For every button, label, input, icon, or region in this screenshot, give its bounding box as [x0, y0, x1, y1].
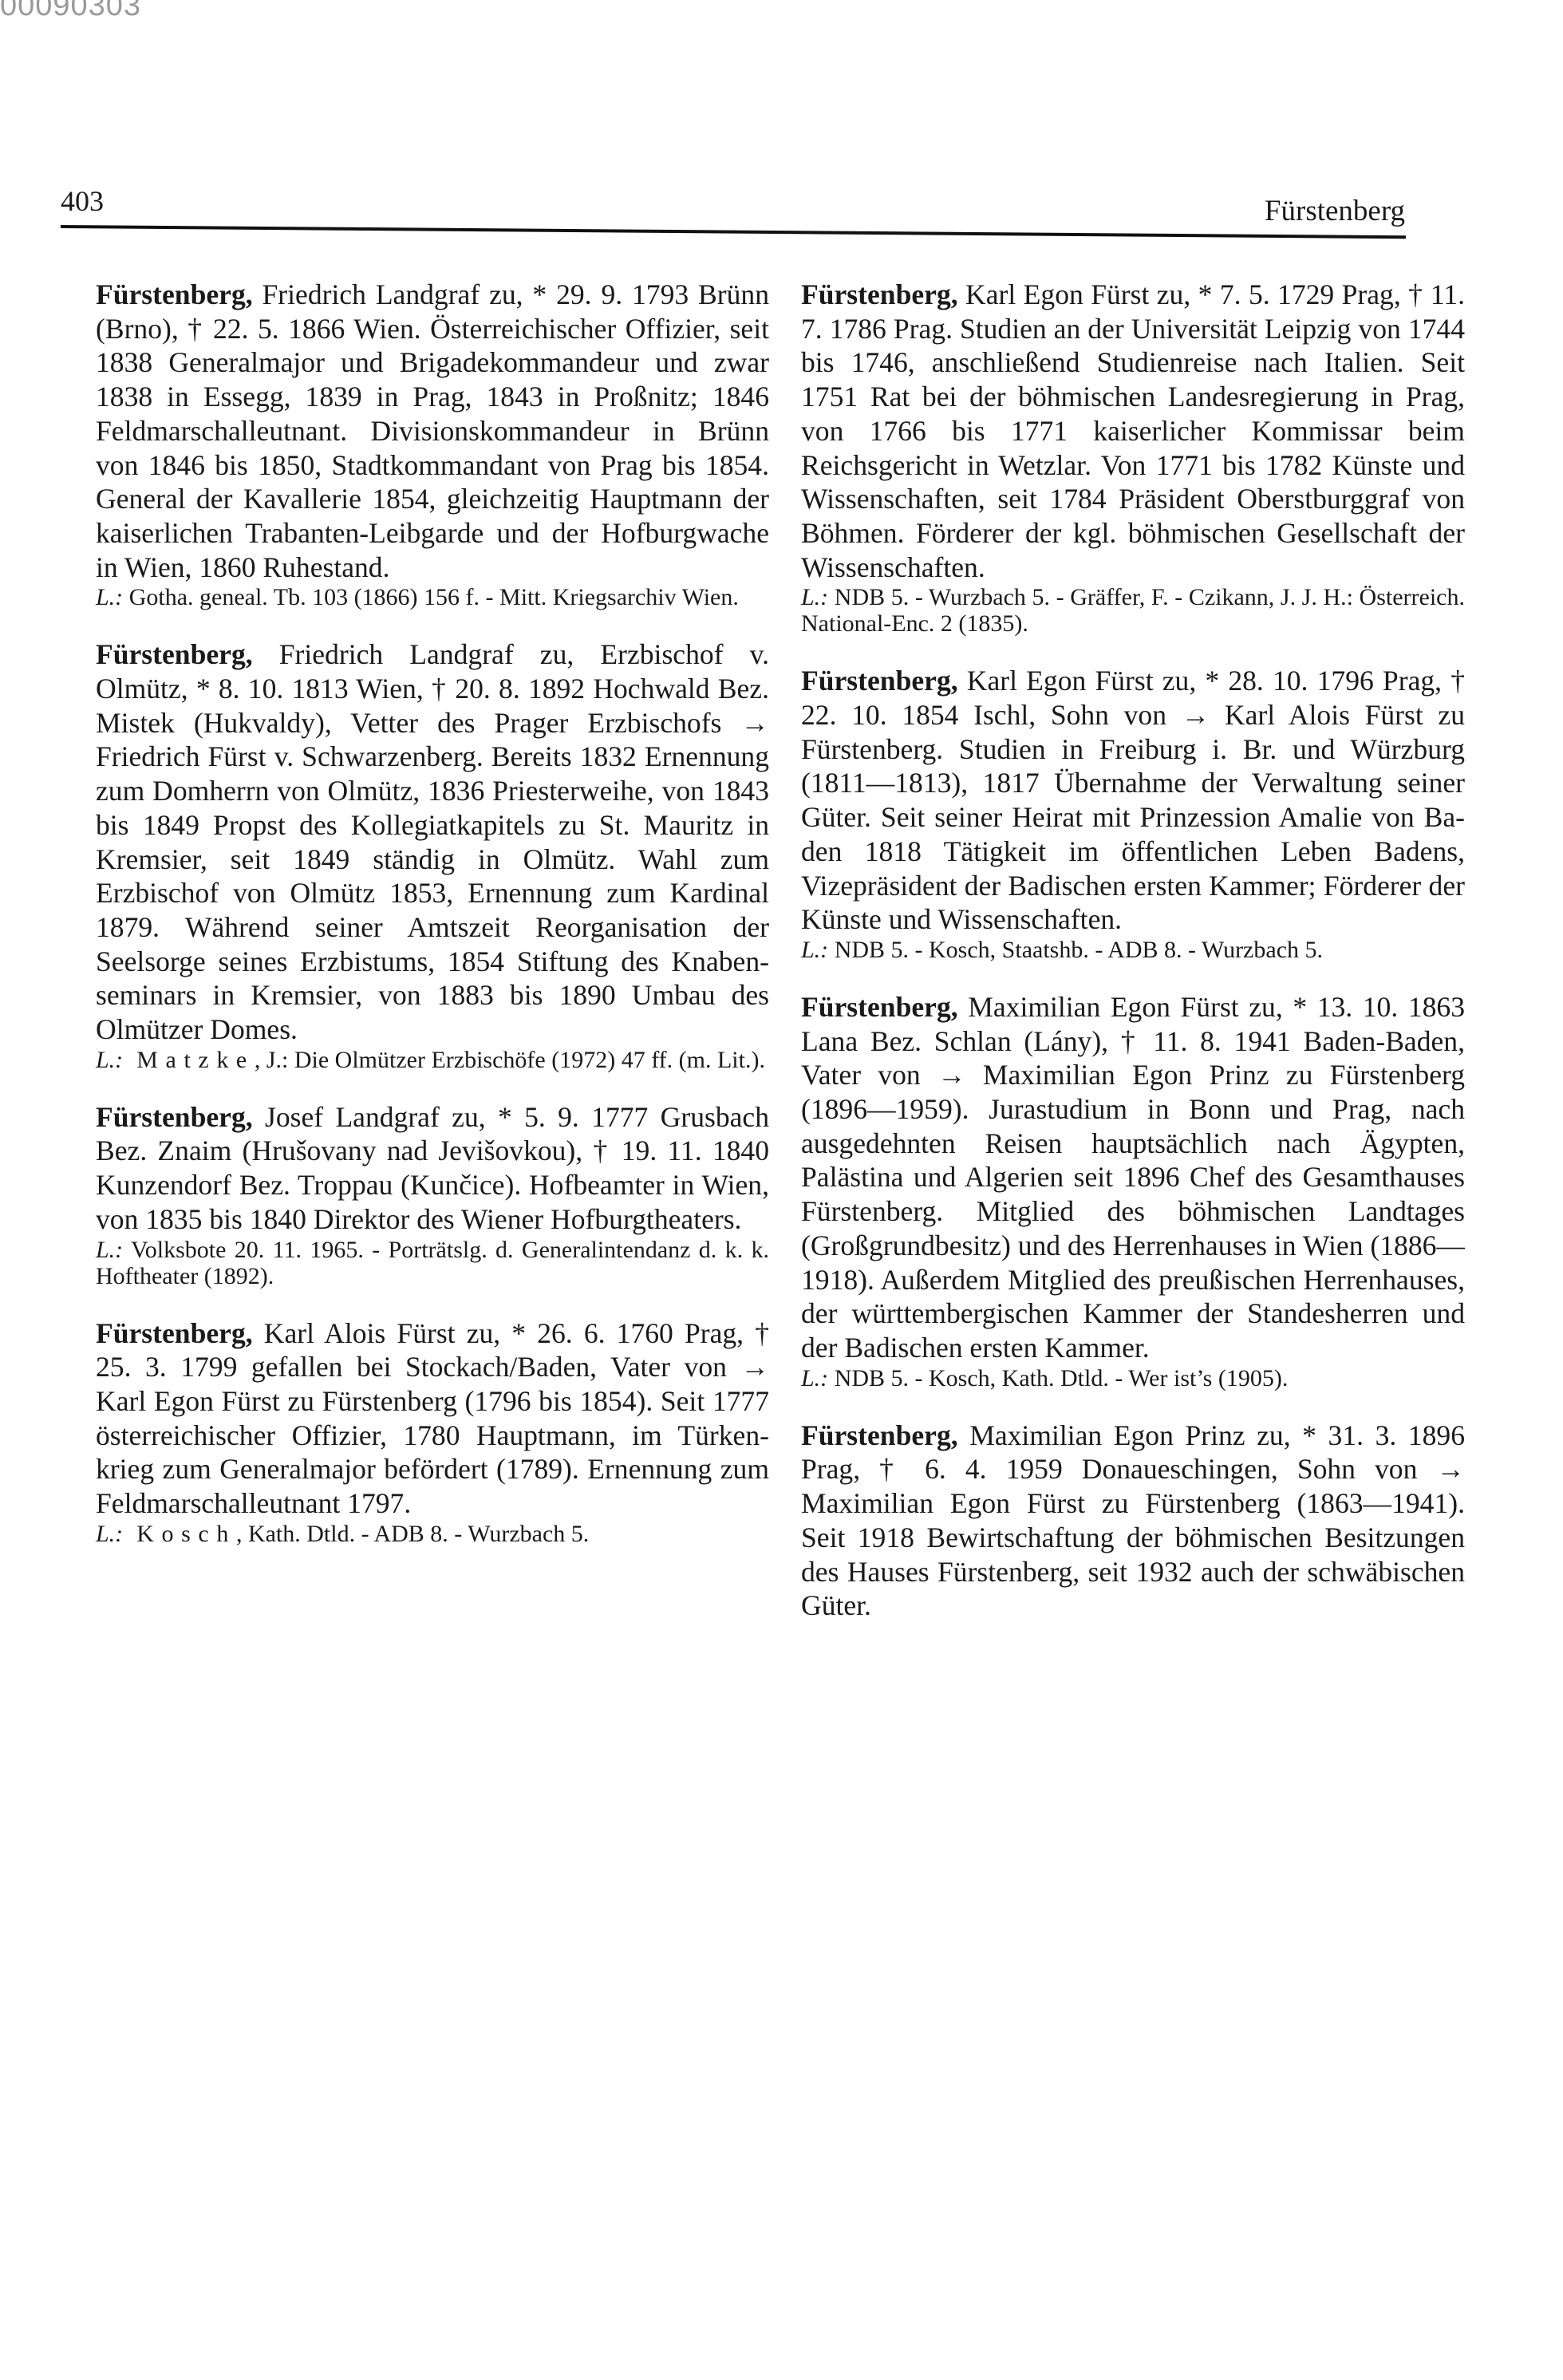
- headword: Fürstenberg,: [801, 991, 958, 1023]
- entry-karl-alois: Fürstenberg, Karl Alois Fürst zu, * 26. …: [96, 1316, 769, 1547]
- entry-karl-egon-1729: Fürstenberg, Karl Egon Fürst zu, * 7. 5.…: [801, 278, 1465, 637]
- lit-text: , Kath. Dtld. - ADB 8. - Wurz­bach 5.: [236, 1521, 589, 1547]
- left-column: Fürstenberg, Friedrich Landgraf zu, * 29…: [96, 278, 769, 1574]
- entry-friedrich-erzbischof: Fürstenberg, Friedrich Landgraf zu, Erzb…: [96, 637, 769, 1072]
- headword: Fürstenberg,: [96, 1317, 253, 1349]
- literature: L.: Gotha. geneal. Tb. 103 (1866) 156 f.…: [96, 584, 769, 610]
- page-number: 403: [61, 184, 104, 218]
- entry-josef-landgraf: Fürstenberg, Josef Landgraf zu, * 5. 9. …: [96, 1100, 769, 1289]
- lit-text: , J.: Die Olmützer Erzbischöfe (1972) 47…: [255, 1047, 765, 1073]
- running-head: 403 Fürstenberg: [61, 180, 1405, 227]
- entry-text: Friedrich Landgraf zu, Erzbischof v. Olm…: [96, 638, 769, 1045]
- running-title: Fürstenberg: [1265, 194, 1405, 228]
- entry-karl-egon-1796: Fürstenberg, Karl Egon Fürst zu, * 28. 1…: [801, 664, 1465, 963]
- literature: L.: Matzke, J.: Die Olmützer Erzbischöfe…: [96, 1047, 769, 1073]
- lit-text: Volksbote 20. 11. 1965. - Porträtslg. d.…: [96, 1237, 769, 1289]
- headword: Fürstenberg,: [96, 278, 253, 310]
- lit-author: Kosch: [123, 1521, 236, 1547]
- lit-label: L.:: [801, 1365, 828, 1391]
- lit-label: L.:: [801, 584, 828, 610]
- headword: Fürstenberg,: [801, 665, 958, 697]
- literature: L.: NDB 5. - Wurzbach 5. - Gräffer, F. -…: [801, 584, 1465, 637]
- headword: Fürstenberg,: [801, 278, 958, 310]
- lit-label: L.:: [96, 584, 123, 610]
- literature: L.: Kosch, Kath. Dtld. - ADB 8. - Wurz­b…: [96, 1521, 769, 1547]
- lit-label: L.:: [801, 937, 828, 963]
- lit-label: L.:: [96, 1237, 123, 1263]
- literature: L.: NDB 5. - Kosch, Staatshb. - ADB 8. -…: [801, 937, 1465, 963]
- lit-label: L.:: [96, 1521, 123, 1547]
- entry-text: Friedrich Landgraf zu, * 29. 9. 1793 Brü…: [96, 278, 769, 583]
- lit-text: NDB 5. - Kosch, Staatshb. - ADB 8. - Wur…: [828, 937, 1323, 963]
- entry-text: Karl Egon Fürst zu, * 28. 10. 1796 Prag,…: [801, 665, 1465, 935]
- lit-author: Matzke: [123, 1047, 255, 1073]
- headword: Fürstenberg,: [96, 1101, 253, 1133]
- right-column: Fürstenberg, Karl Egon Fürst zu, * 7. 5.…: [801, 278, 1465, 1650]
- entry-friedrich-landgraf: Fürstenberg, Friedrich Landgraf zu, * 29…: [96, 278, 769, 610]
- entry-text: Karl Egon Fürst zu, * 7. 5. 1729 Prag, †…: [801, 278, 1465, 583]
- entry-text: Maximilian Egon Fürst zu, * 13. 10. 1863…: [801, 991, 1465, 1364]
- lit-text: Gotha. geneal. Tb. 103 (1866) 156 f. - M…: [123, 584, 739, 610]
- scan-id-label: 00090303: [0, 0, 141, 23]
- literature: L.: Volksbote 20. 11. 1965. - Porträtslg…: [96, 1237, 769, 1289]
- lit-label: L.:: [96, 1047, 123, 1073]
- headword: Fürstenberg,: [96, 638, 253, 670]
- entry-maximilian-egon-fuerst: Fürstenberg, Maximilian Egon Fürst zu, *…: [801, 990, 1465, 1391]
- lit-text: NDB 5. - Kosch, Kath. Dtld. - Wer ist’s …: [828, 1365, 1288, 1391]
- entry-maximilian-egon-prinz: Fürstenberg, Maximilian Egon Prinz zu, *…: [801, 1419, 1465, 1623]
- literature: L.: NDB 5. - Kosch, Kath. Dtld. - Wer is…: [801, 1365, 1465, 1391]
- headword: Fürstenberg,: [801, 1419, 958, 1451]
- lit-text: NDB 5. - Wurzbach 5. - Gräffer, F. - Czi…: [801, 584, 1465, 637]
